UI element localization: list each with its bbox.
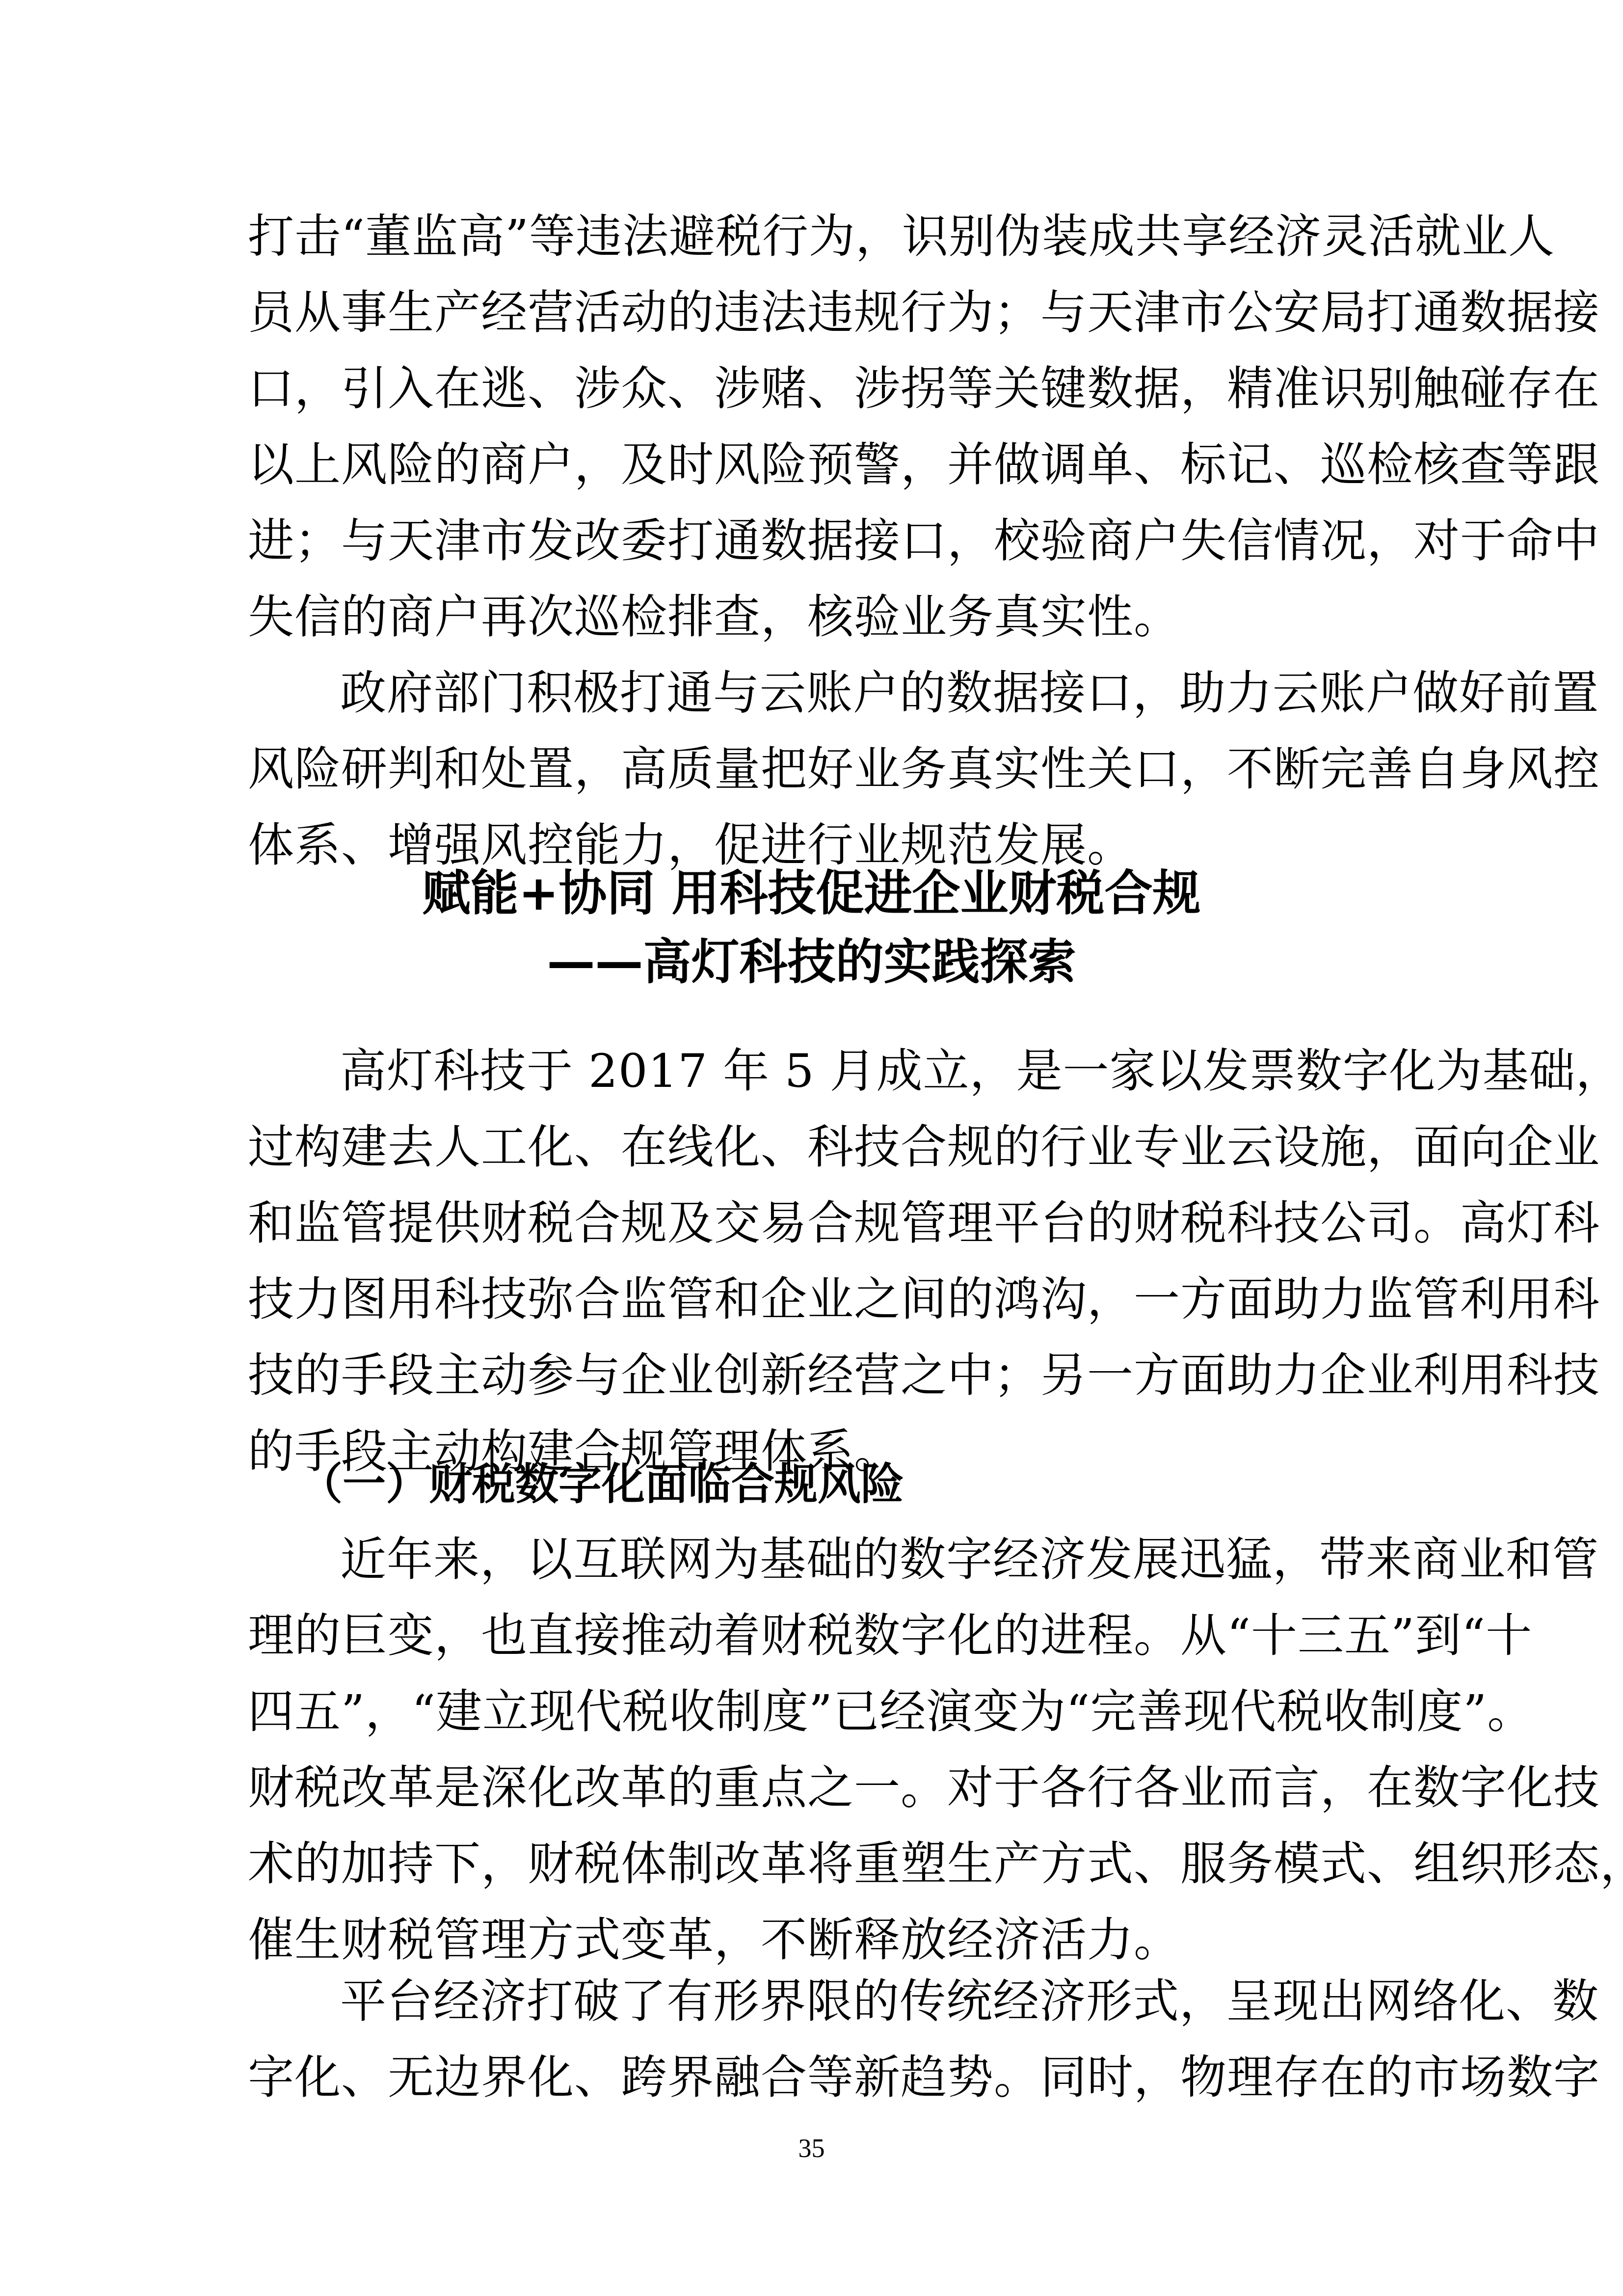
page-number: 35 <box>0 2133 1623 2163</box>
text-line: 财税改革是深化改革的重点之一。对于各行各业而言，在数字化技 <box>248 1750 1391 1826</box>
text-line: 技的手段主动参与企业创新经营之中；另一方面助力企业利用科技 <box>248 1338 1391 1414</box>
text-line: 打击“董监高”等违法避税行为，识别伪装成共享经济灵活就业人 <box>248 199 1391 275</box>
section-heading: （一）财税数字化面临合规风险 <box>248 1446 904 1522</box>
paragraph: 近年来，以互联网为基础的数字经济发展迅猛，带来商业和管 理的巨变，也直接推动着财… <box>248 1522 1391 1978</box>
article-title: 赋能+协同 用科技促进企业财税合规 <box>0 857 1623 930</box>
text-line: 失信的商户再次巡检排查，核验业务真实性。 <box>248 579 1391 655</box>
paragraph: 政府部门积极打通与云账户的数据接口，助力云账户做好前置 风险研判和处置，高质量把… <box>248 655 1391 884</box>
text-line: 过构建去人工化、在线化、科技合规的行业专业云设施，面向企业 <box>248 1109 1391 1186</box>
text-line: 平台经济打破了有形界限的传统经济形式，呈现出网络化、数 <box>248 1964 1391 2040</box>
text-line: 员从事生产经营活动的违法违规行为；与天津市公安局打通数据接 <box>248 275 1391 351</box>
article-subtitle: ——高灯科技的实践探索 <box>0 925 1623 999</box>
text-line: 和监管提供财税合规及交易合规管理平台的财税科技公司。高灯科 <box>248 1186 1391 1262</box>
paragraph: 高灯科技于 2017 年 5 月成立，是一家以发票数字化为基础，通 过构建去人工… <box>248 1033 1391 1490</box>
document-page: 打击“董监高”等违法避税行为，识别伪装成共享经济灵活就业人 员从事生产经营活动的… <box>0 0 1623 2296</box>
text-line: 风险研判和处置，高质量把好业务真实性关口，不断完善自身风控 <box>248 731 1391 808</box>
text-line: 技力图用科技弥合监管和企业之间的鸿沟，一方面助力监管利用科 <box>248 1262 1391 1338</box>
paragraph: 打击“董监高”等违法避税行为，识别伪装成共享经济灵活就业人 员从事生产经营活动的… <box>248 199 1391 655</box>
text-line: 以上风险的商户，及时风险预警，并做调单、标记、巡检核查等跟 <box>248 427 1391 503</box>
paragraph-intro: 高灯科技于 2017 年 5 月成立，是一家以发票数字化为基础，通 过构建去人工… <box>248 1033 1391 1490</box>
paragraph-continuation: 打击“董监高”等违法避税行为，识别伪装成共享经济灵活就业人 员从事生产经营活动的… <box>248 199 1391 655</box>
paragraph: 平台经济打破了有形界限的传统经济形式，呈现出网络化、数 字化、无边界化、跨界融合… <box>248 1964 1391 2116</box>
paragraph-digital-economy: 近年来，以互联网为基础的数字经济发展迅猛，带来商业和管 理的巨变，也直接推动着财… <box>248 1522 1391 1978</box>
paragraph-platform-economy: 平台经济打破了有形界限的传统经济形式，呈现出网络化、数 字化、无边界化、跨界融合… <box>248 1964 1391 2116</box>
text-line: 口，引入在逃、涉众、涉赌、涉拐等关键数据，精准识别触碰存在 <box>248 351 1391 427</box>
text-line: 近年来，以互联网为基础的数字经济发展迅猛，带来商业和管 <box>248 1522 1391 1598</box>
text-line: 四五”，“建立现代税收制度”已经演变为“完善现代税收制度”。 <box>248 1674 1391 1750</box>
paragraph-government: 政府部门积极打通与云账户的数据接口，助力云账户做好前置 风险研判和处置，高质量把… <box>248 655 1391 884</box>
text-line: 进；与天津市发改委打通数据接口，校验商户失信情况，对于命中 <box>248 503 1391 579</box>
text-line: 术的加持下，财税体制改革将重塑生产方式、服务模式、组织形态， <box>248 1826 1391 1902</box>
text-line: 理的巨变，也直接推动着财税数字化的进程。从“十三五”到“十 <box>248 1598 1391 1674</box>
text-line: 字化、无边界化、跨界融合等新趋势。同时，物理存在的市场数字 <box>248 2040 1391 2116</box>
text-line: 高灯科技于 2017 年 5 月成立，是一家以发票数字化为基础，通 <box>248 1033 1391 1109</box>
text-line: 政府部门积极打通与云账户的数据接口，助力云账户做好前置 <box>248 655 1391 731</box>
